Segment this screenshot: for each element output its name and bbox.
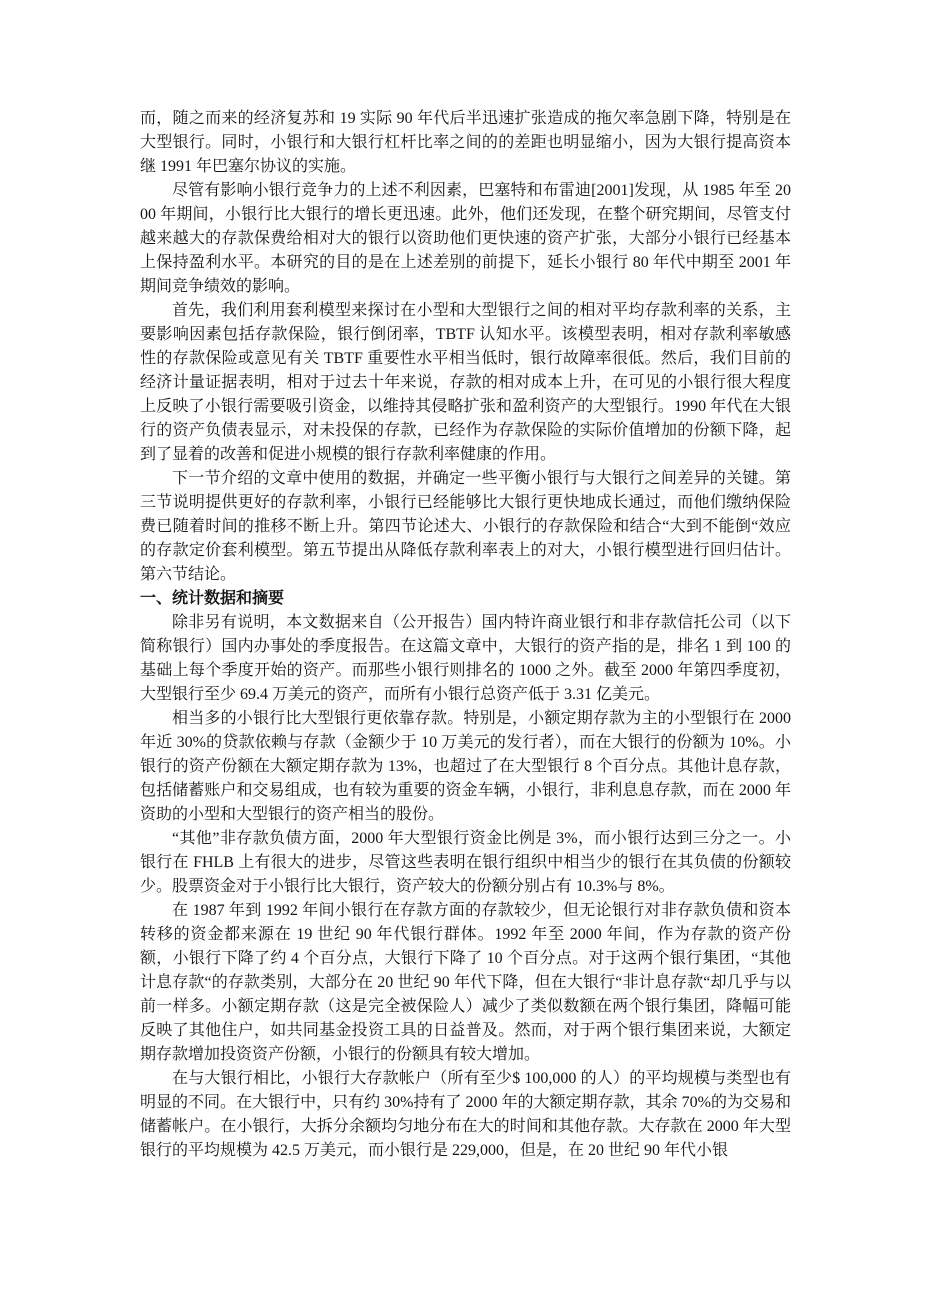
- paragraph: 下一节介绍的文章中使用的数据，并确定一些平衡小银行与大银行之间差异的关键。第三节…: [140, 467, 791, 587]
- document-page: 而，随之而来的经济复苏和 19 实际 90 年代后半迅速扩张造成的拖欠率急剧下降…: [0, 0, 926, 1309]
- paragraph: 尽管有影响小银行竞争力的上述不利因素，巴塞特和布雷迪[2001]发现，从 198…: [140, 179, 791, 299]
- paragraph: “其他”非存款负债方面，2000 年大型银行资金比例是 3%，而小银行达到三分之…: [140, 827, 791, 899]
- section-heading: 一、统计数据和摘要: [140, 587, 791, 611]
- paragraph: 在 1987 年到 1992 年间小银行在存款方面的存款较少，但无论银行对非存款…: [140, 899, 791, 1067]
- paragraph-cut-off: 在与大银行相比，小银行大存款帐户（所有至少$ 100,000 的人）的平均规模与…: [140, 1067, 791, 1163]
- paragraph: 除非另有说明，本文数据来自（公开报告）国内特许商业银行和非存款信托公司（以下简称…: [140, 611, 791, 707]
- paragraph: 相当多的小银行比大型银行更依靠存款。特别是，小额定期存款为主的小型银行在 200…: [140, 707, 791, 827]
- paragraph: 首先，我们利用套利模型来探讨在小型和大型银行之间的相对平均存款利率的关系，主要影…: [140, 299, 791, 467]
- text-block: 而，随之而来的经济复苏和 19 实际 90 年代后半迅速扩张造成的拖欠率急剧下降…: [140, 107, 791, 1163]
- paragraph-continuation: 而，随之而来的经济复苏和 19 实际 90 年代后半迅速扩张造成的拖欠率急剧下降…: [140, 107, 791, 179]
